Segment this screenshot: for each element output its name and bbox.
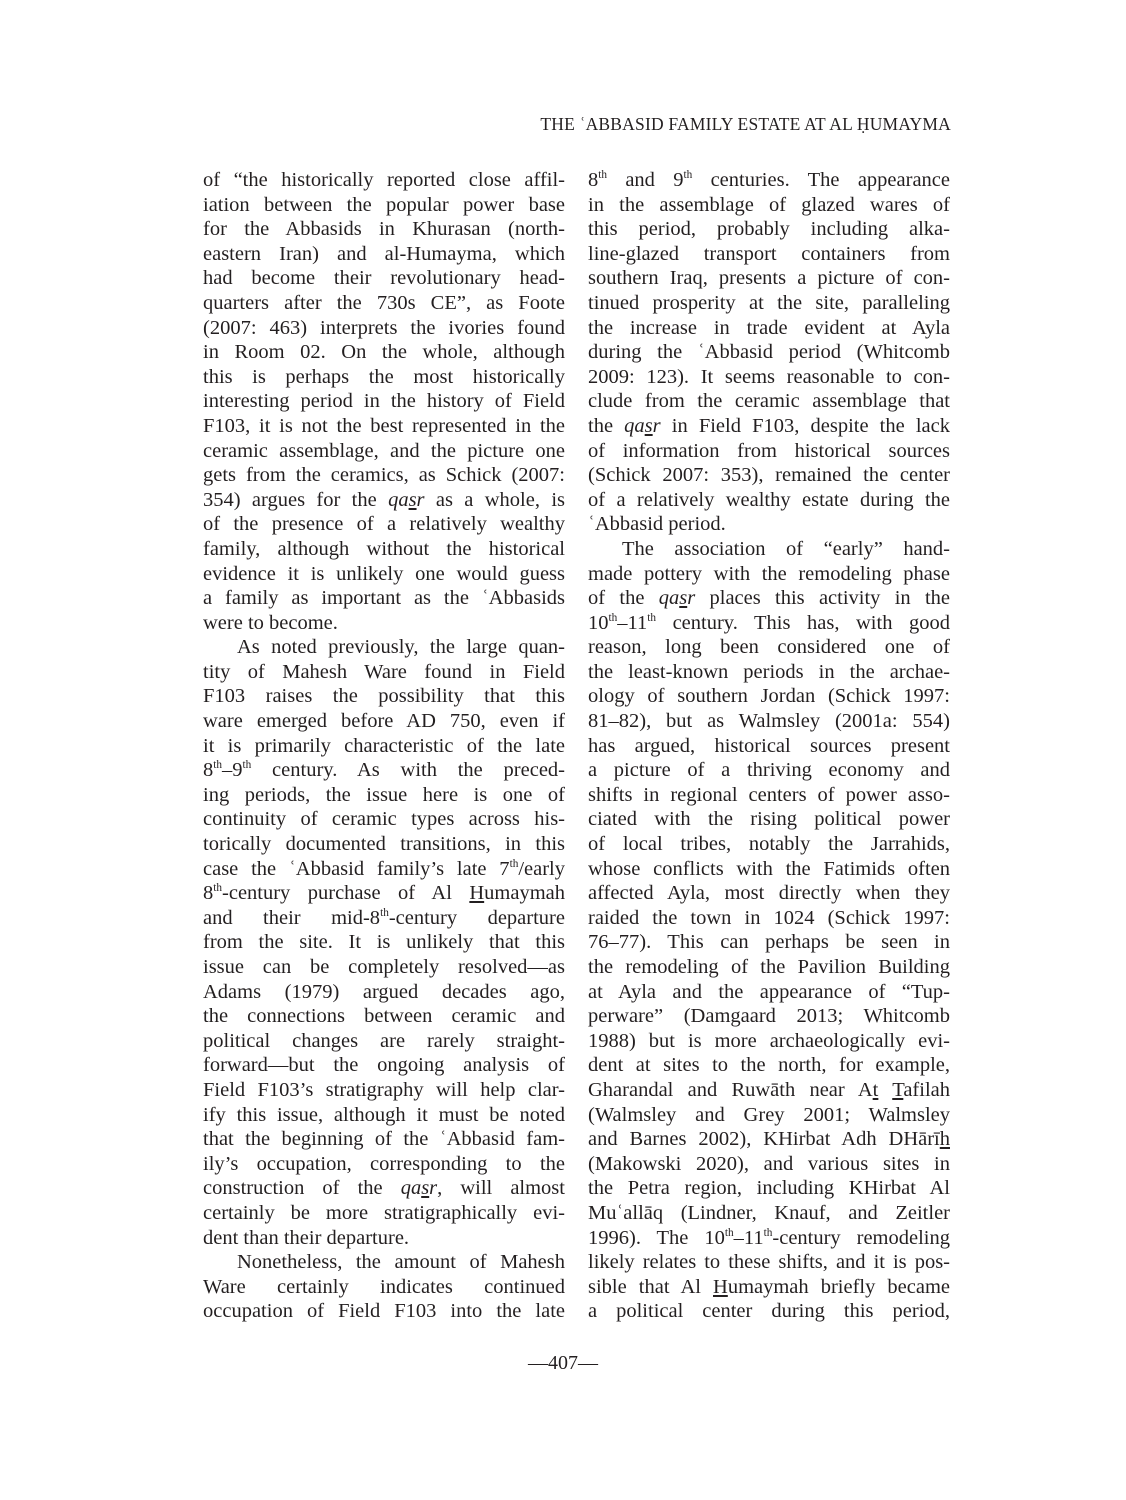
text-line: 81–82), but as Walmsley (2001a: 554) [588,709,950,734]
text-line: F103 raises the possibility that this [203,684,565,709]
text-line: during the ʿAbbasid period (Whitcomb [588,340,950,365]
text-line: ceramic assemblage, and the picture one [203,439,565,464]
text-line: a family as important as the ʿAbbasids [203,586,565,611]
text-line: ware emerged before AD 750, even if [203,709,565,734]
text-line: of a relatively wealthy estate during th… [588,488,950,513]
text-line: clude from the ceramic assemblage that [588,389,950,414]
text-line: 8th and 9th centuries. The appearance [588,168,950,193]
text-line: in Room 02. On the whole, although [203,340,565,365]
text-line: 10th–11th century. This has, with good [588,611,950,636]
text-line: sible that Al Humaymah briefly became [588,1275,950,1300]
text-line: at Ayla and the appearance of “Tup- [588,980,950,1005]
text-line: torically documented transitions, in thi… [203,832,565,857]
text-line: Field F103’s stratigraphy will help clar… [203,1078,565,1103]
text-line: continuity of ceramic types across his- [203,807,565,832]
text-line: and Barnes 2002), KHirbat Adh DHārīh [588,1127,950,1152]
text-line: ology of southern Jordan (Schick 1997: [588,684,950,709]
text-line: 354) argues for the qasr as a whole, is [203,488,565,513]
text-line: the connections between ceramic and [203,1004,565,1029]
text-line: in the assemblage of glazed wares of [588,193,950,218]
text-line: whose conflicts with the Fatimids often [588,857,950,882]
text-line: 1988) but is more archaeologically evi- [588,1029,950,1054]
text-line: the qasr in Field F103, despite the lack [588,414,950,439]
text-line: political changes are rarely straight- [203,1029,565,1054]
text-line: that the beginning of the ʿAbbasid fam- [203,1127,565,1152]
paragraph-start-line: The association of “early” hand- [588,537,950,562]
text-line: tinued prosperity at the site, paralleli… [588,291,950,316]
running-head: THE ʿABBASID FAMILY ESTATE AT AL ḤUMAYMA [400,114,951,135]
text-line: this is perhaps the most historically [203,365,565,390]
text-line: ciated with the rising political power [588,807,950,832]
text-line: of information from historical sources [588,439,950,464]
text-line: ing periods, the issue here is one of [203,783,565,808]
text-line: (2007: 463) interprets the ivories found [203,316,565,341]
text-line: gets from the ceramics, as Schick (2007: [203,463,565,488]
text-line: of the presence of a relatively wealthy [203,512,565,537]
text-line: from the site. It is unlikely that this [203,930,565,955]
text-line: eastern Iran) and al-Humayma, which [203,242,565,267]
text-line: (Makowski 2020), and various sites in [588,1152,950,1177]
paragraph-start-line: As noted previously, the large quan- [203,635,565,660]
text-line: Muʿallāq (Lindner, Knauf, and Zeitler [588,1201,950,1226]
text-line: case the ʿAbbasid family’s late 7th/earl… [203,857,565,882]
text-line: had become their revolutionary head- [203,266,565,291]
text-line: interesting period in the history of Fie… [203,389,565,414]
text-line: line-glazed transport containers from [588,242,950,267]
text-line: likely relates to these shifts, and it i… [588,1250,950,1275]
text-line: dent at sites to the north, for example, [588,1053,950,1078]
text-line: issue can be completely resolved—as [203,955,565,980]
text-line: for the Abbasids in Khurasan (north- [203,217,565,242]
text-line: raided the town in 1024 (Schick 1997: [588,906,950,931]
text-line: Ware certainly indicates continued [203,1275,565,1300]
text-line: the increase in trade evident at Ayla [588,316,950,341]
text-line: and their mid-8th-century departure [203,906,565,931]
text-line: were to become. [203,611,565,636]
text-line: the remodeling of the Pavilion Building [588,955,950,980]
text-line: affected Ayla, most directly when they [588,881,950,906]
text-line: iation between the popular power base [203,193,565,218]
right-column: 8th and 9th centuries. The appearance in… [588,168,950,1324]
page-number: —407— [0,1352,1126,1375]
text-line: tity of Mahesh Ware found in Field [203,660,565,685]
text-line: certainly be more stratigraphically evi- [203,1201,565,1226]
text-line: forward—but the ongoing analysis of [203,1053,565,1078]
text-line: of the qasr places this activity in the [588,586,950,611]
text-line: a picture of a thriving economy and [588,758,950,783]
text-line: of local tribes, notably the Jarrahids, [588,832,950,857]
text-line: shifts in regional centers of power asso… [588,783,950,808]
text-line: family, although without the historical [203,537,565,562]
text-line: perware” (Damgaard 2013; Whitcomb [588,1004,950,1029]
text-line: reason, long been considered one of [588,635,950,660]
text-line: southern Iraq, presents a picture of con… [588,266,950,291]
text-line: dent than their departure. [203,1226,565,1251]
text-line: made pottery with the remodeling phase [588,562,950,587]
text-line: a political center during this period, [588,1299,950,1324]
text-line: F103, it is not the best represented in … [203,414,565,439]
text-line: Gharandal and Ruwāth near At Tafilah [588,1078,950,1103]
text-line: evidence it is unlikely one would guess [203,562,565,587]
text-line: (Schick 2007: 353), remained the center [588,463,950,488]
text-line: 8th–9th century. As with the preced- [203,758,565,783]
text-line: Adams (1979) argued decades ago, [203,980,565,1005]
text-line: ify this issue, although it must be note… [203,1103,565,1128]
text-line: construction of the qasr, will almost [203,1176,565,1201]
text-line: 76–77). This can perhaps be seen in [588,930,950,955]
text-line: has argued, historical sources present [588,734,950,759]
text-line: 2009: 123). It seems reasonable to con- [588,365,950,390]
text-line: (Walmsley and Grey 2001; Walmsley [588,1103,950,1128]
text-line: the Petra region, including KHirbat Al [588,1176,950,1201]
left-column: of “the historically reported close affi… [203,168,565,1324]
text-line: the least-known periods in the archae- [588,660,950,685]
text-line: 1996). The 10th–11th-century remodeling [588,1226,950,1251]
text-line: quarters after the 730s CE”, as Foote [203,291,565,316]
text-line: occupation of Field F103 into the late [203,1299,565,1324]
paragraph-start-line: Nonetheless, the amount of Mahesh [203,1250,565,1275]
text-line: ily’s occupation, corresponding to the [203,1152,565,1177]
text-line: ʿAbbasid period. [588,512,950,537]
text-line: this period, probably including alka- [588,217,950,242]
text-line: it is primarily characteristic of the la… [203,734,565,759]
text-line: of “the historically reported close affi… [203,168,565,193]
text-line: 8th-century purchase of Al Humaymah [203,881,565,906]
